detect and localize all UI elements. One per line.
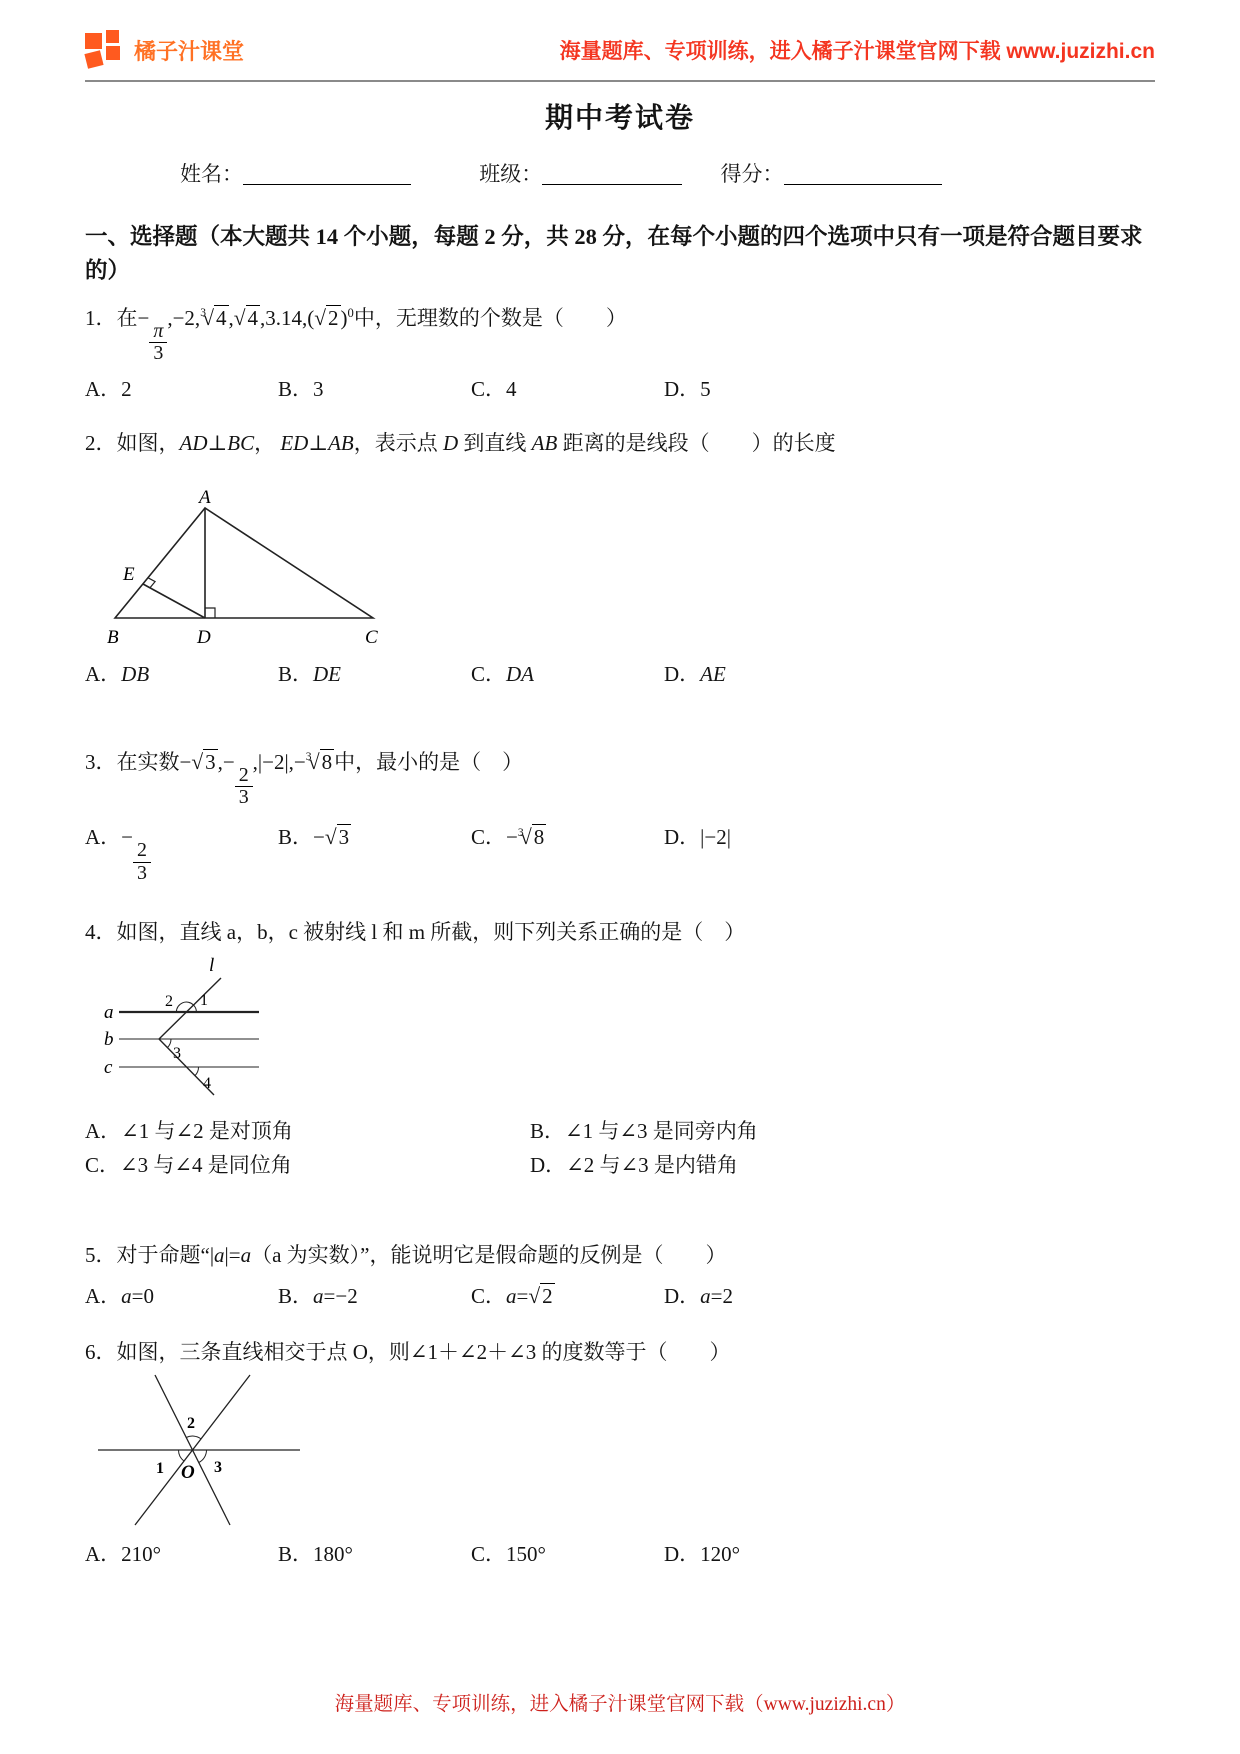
header-promo-text: 海量题库、专项训练，进入橘子汁课堂官网下载 www.juzizhi.cn [560, 35, 1155, 65]
q3-number: 3． [85, 750, 117, 774]
question-4-stem: 4．如图，直线 a，b，c 被射线 l 和 m 所截，则下列关系正确的是（ ） [85, 916, 1155, 949]
q4-number: 4． [85, 920, 117, 944]
question-6-options: A．210° B．180° C．150° D．120° [85, 1538, 1155, 1568]
q2-option-c: C．DA [471, 658, 664, 688]
transversal-lines-figure: l a b c 2 1 3 4 [99, 955, 289, 1105]
question-4-options-row-1: A．∠1 与∠2 是对顶角 B．∠1 与∠3 是同旁内角 [85, 1115, 1155, 1145]
question-1-stem: 1．在−π3,−2,3√4,√4,3.14,(√2)0中，无理数的个数是（ ） [85, 302, 1155, 365]
footer-promo-text: 海量题库、专项训练，进入橘子汁课堂官网下载（www.juzizhi.cn） [0, 1688, 1240, 1716]
brand-squares-icon [85, 30, 125, 70]
q5-option-c: C．a=√2 [471, 1280, 664, 1310]
q5-option-d: D．a=2 [664, 1280, 733, 1310]
angle-label-1: 1 [156, 1460, 164, 1477]
radical-sign: √ [314, 306, 326, 330]
two-thirds-fraction: 23 [133, 840, 151, 884]
q6-option-d: D．120° [664, 1538, 740, 1568]
name-label: 姓名： [180, 162, 243, 186]
vertex-label-b: B [107, 627, 119, 648]
page-header: 橘子汁课堂 海量题库、专项训练，进入橘子汁课堂官网下载 www.juzizhi.… [85, 0, 1155, 82]
angle-label-2: 2 [165, 993, 173, 1010]
question-6-stem: 6．如图，三条直线相交于点 O，则∠1＋∠2＋∠3 的度数等于（ ） [85, 1336, 1155, 1369]
cube-root-8: 3√8 [518, 825, 546, 849]
three-lines-intersection-figure: 2 1 3 O [95, 1370, 310, 1530]
cube-root-8: 3√8 [306, 750, 334, 774]
brand-logo-text: 橘子汁课堂 [134, 35, 244, 66]
question-3-stem: 3．在实数−√3,−23,|−2|,−3√8中，最小的是（ ） [85, 746, 1155, 809]
q2-option-d: D．AE [664, 658, 726, 688]
radical-sign: √ [520, 825, 532, 849]
q5-option-a: A．a=0 [85, 1280, 278, 1310]
sqrt-4: √4 [234, 305, 260, 330]
q6-number: 6． [85, 1340, 117, 1364]
question-2-options: A．DB B．DE C．DA D．AE [85, 658, 1155, 688]
perpendicular-symbol: ⊥ [208, 431, 228, 455]
question-3: 3．在实数−√3,−23,|−2|,−3√8中，最小的是（ ） A．−23 B．… [85, 746, 1155, 885]
q5-number: 5． [85, 1243, 117, 1267]
name-blank [243, 163, 411, 185]
score-label: 得分： [721, 162, 784, 186]
exam-page: 橘子汁课堂 海量题库、专项训练，进入橘子汁课堂官网下载 www.juzizhi.… [0, 0, 1240, 1568]
radical-sign: √ [325, 825, 337, 849]
question-4-options-row-2: C．∠3 与∠4 是同位角 D．∠2 与∠3 是内错角 [85, 1149, 1155, 1179]
sqrt-2: √2 [528, 1283, 554, 1308]
q1-option-a: A．2 [85, 373, 278, 403]
q4-option-b: B．∠1 与∠3 是同旁内角 [530, 1115, 975, 1145]
vertex-label-d: D [196, 627, 211, 648]
angle-2-arc [186, 1436, 201, 1439]
triangle-altitude-figure: A B D C E [103, 488, 408, 650]
sqrt-3: √3 [325, 824, 351, 849]
angle-label-4: 4 [203, 1075, 211, 1092]
pi-over-3-fraction: π3 [149, 321, 167, 365]
radical-sign: √ [308, 750, 320, 774]
angle-3-arc [167, 1039, 171, 1048]
q5-option-b: B．a=−2 [278, 1280, 471, 1310]
q3-option-c: C．−3√8 [471, 821, 664, 884]
question-3-options: A．−23 B．−√3 C．−3√8 D．|−2| [85, 821, 1155, 884]
vertex-label-c: C [365, 627, 378, 648]
class-blank [542, 163, 682, 185]
question-2: 2．如图，AD⊥BC， ED⊥AB，表示点 D 到直线 AB 距离的是线段（ ）… [85, 427, 1155, 688]
q3-option-a: A．−23 [85, 821, 278, 884]
q4-option-c: C．∠3 与∠4 是同位角 [85, 1149, 530, 1179]
question-1-options: A．2 B．3 C．4 D．5 [85, 373, 1155, 403]
student-info-row: 姓名： 班级： 得分： [85, 158, 1155, 188]
question-5-options: A．a=0 B．a=−2 C．a=√2 D．a=2 [85, 1280, 1155, 1310]
angle-4-arc [195, 1067, 199, 1076]
cube-root-4: 3√4 [200, 306, 228, 330]
vertex-label-e: E [122, 564, 135, 585]
angle-1-arc [179, 1450, 185, 1461]
q6-option-c: C．150° [471, 1538, 664, 1568]
vertex-label-a: A [197, 488, 211, 508]
sqrt-3: √3 [191, 749, 217, 774]
q2-number: 2． [85, 431, 117, 455]
ray-label-l: l [209, 955, 214, 976]
angle-label-3: 3 [173, 1045, 181, 1062]
question-2-stem: 2．如图，AD⊥BC， ED⊥AB，表示点 D 到直线 AB 距离的是线段（ ）… [85, 427, 1155, 460]
radical-sign: √ [191, 750, 203, 774]
question-6: 6．如图，三条直线相交于点 O，则∠1＋∠2＋∠3 的度数等于（ ） 2 1 3… [85, 1336, 1155, 1569]
radical-sign: √ [234, 306, 246, 330]
q1-option-b: B．3 [278, 373, 471, 403]
right-angle-mark-e [148, 577, 155, 587]
center-point-label-o: O [181, 1462, 195, 1483]
right-angle-mark-d [205, 608, 215, 618]
sqrt-2: √2 [314, 305, 340, 330]
page-title: 期中考试卷 [85, 96, 1155, 136]
angle-label-2: 2 [187, 1415, 195, 1432]
q4-option-a: A．∠1 与∠2 是对顶角 [85, 1115, 530, 1145]
q4-option-d: D．∠2 与∠3 是内错角 [530, 1149, 975, 1179]
question-5: 5．对于命题“|a|=a（a 为实数）”，能说明它是假命题的反例是（ ） A．a… [85, 1239, 1155, 1310]
q6-option-a: A．210° [85, 1538, 278, 1568]
line-label-a: a [104, 1002, 114, 1023]
q3-option-d: D．|−2| [664, 821, 731, 884]
angle-label-3: 3 [214, 1459, 222, 1476]
perpendicular-symbol: ⊥ [308, 431, 328, 455]
section-1-heading: 一、选择题（本大题共 14 个小题，每题 2 分，共 28 分，在每个小题的四个… [85, 220, 1155, 288]
two-thirds-fraction: 23 [235, 765, 253, 809]
class-label: 班级： [479, 162, 542, 186]
brand-logo: 橘子汁课堂 [85, 30, 244, 70]
question-5-stem: 5．对于命题“|a|=a（a 为实数）”，能说明它是假命题的反例是（ ） [85, 1239, 1155, 1272]
q3-option-b: B．−√3 [278, 821, 471, 884]
q2-option-a: A．DB [85, 658, 278, 688]
radical-sign: √ [528, 1284, 540, 1308]
q1-option-c: C．4 [471, 373, 664, 403]
question-1: 1．在−π3,−2,3√4,√4,3.14,(√2)0中，无理数的个数是（ ） … [85, 302, 1155, 403]
q6-option-b: B．180° [278, 1538, 471, 1568]
question-4: 4．如图，直线 a，b，c 被射线 l 和 m 所截，则下列关系正确的是（ ） … [85, 916, 1155, 1179]
line-label-c: c [104, 1057, 113, 1078]
angle-3-arc [199, 1450, 207, 1463]
angle-label-1: 1 [200, 992, 208, 1009]
q2-option-b: B．DE [278, 658, 471, 688]
score-blank [784, 163, 942, 185]
radical-sign: √ [202, 306, 214, 330]
line-label-b: b [104, 1029, 114, 1050]
q1-number: 1． [85, 306, 117, 330]
q1-option-d: D．5 [664, 373, 711, 403]
